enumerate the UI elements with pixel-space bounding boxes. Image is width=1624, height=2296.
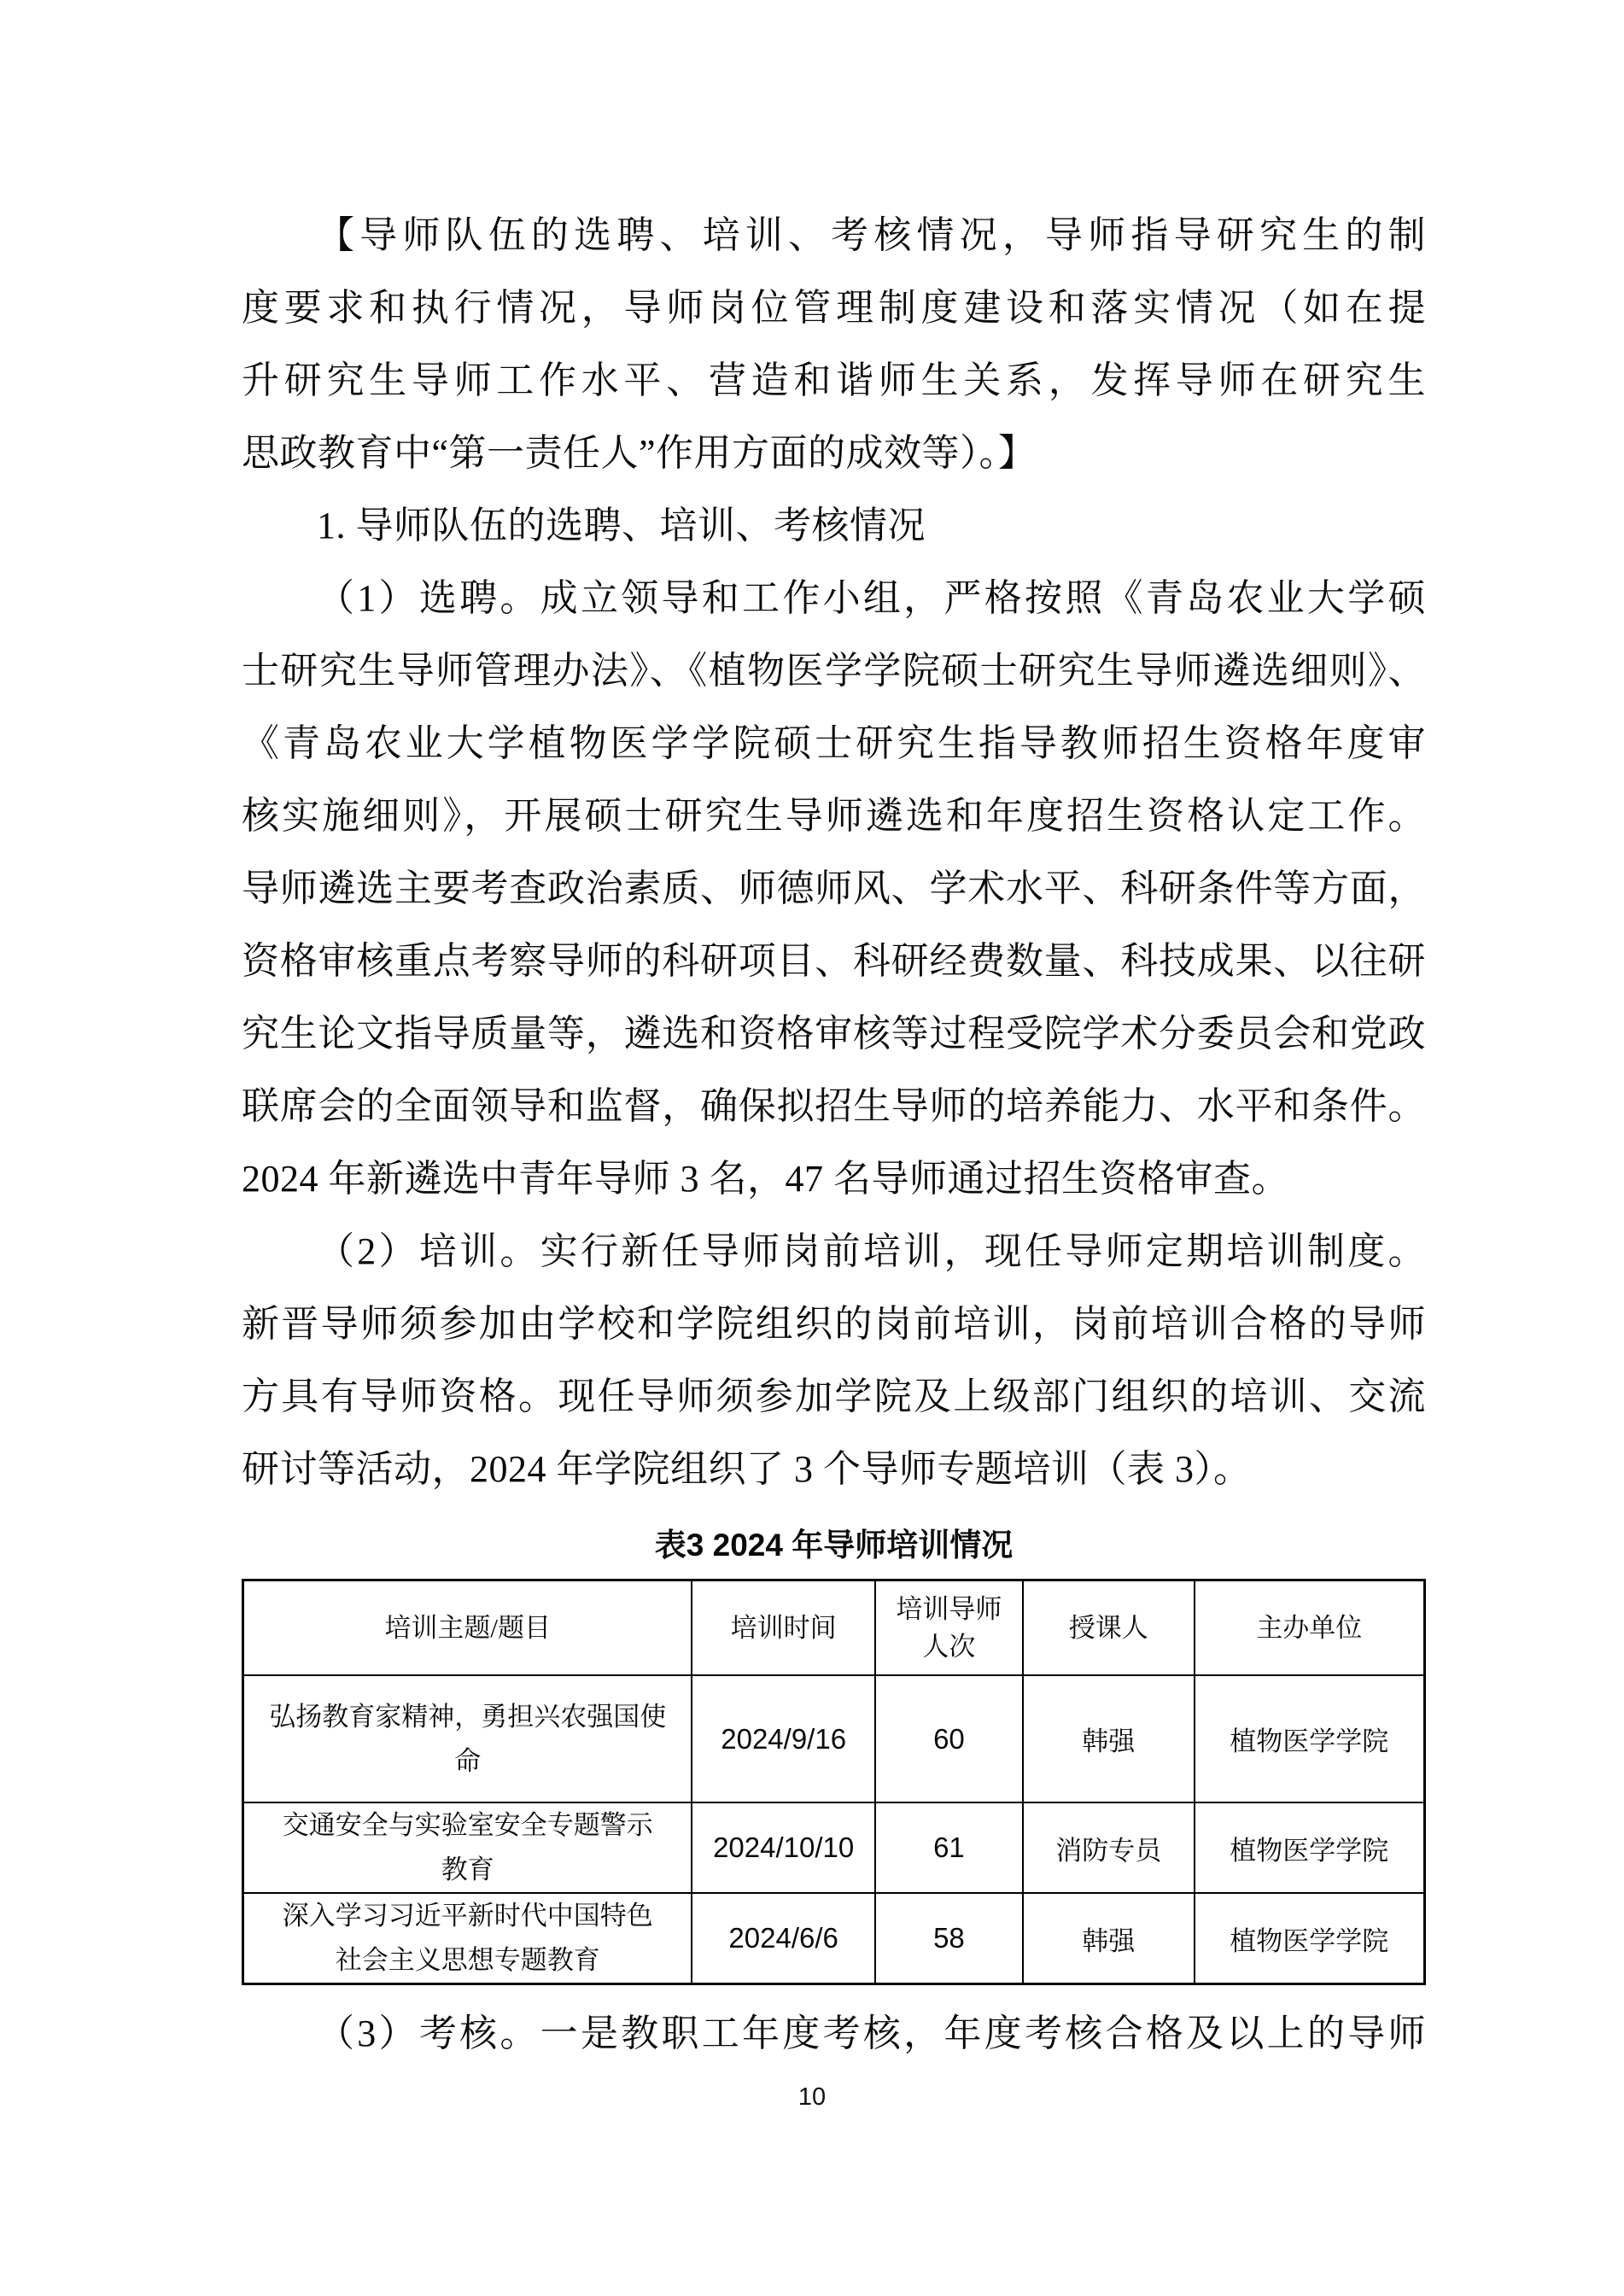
table-row: 深入学习习近平新时代中国特色社会主义思想专题教育2024/6/658韩强植物医学… xyxy=(243,1893,1425,1984)
text-line: （1）选聘。成立领导和工作小组，严格按照《青岛农业大学硕 xyxy=(242,562,1426,634)
cell-training-topic: 深入学习习近平新时代中国特色社会主义思想专题教育 xyxy=(243,1893,692,1984)
text-line: 2024 年新遴选中青年导师 3 名，47 名导师通过招生资格审查。 xyxy=(242,1142,1426,1215)
cell-trainee-count: 58 xyxy=(875,1893,1023,1984)
text-line: 士研究生导师管理办法》、《植物医学学院硕士研究生导师遴选细则》、 xyxy=(242,634,1426,707)
column-header: 培训导师 人次 xyxy=(875,1580,1023,1676)
document-body: 【导师队伍的选聘、培训、考核情况，导师指导研究生的制度要求和执行情况，导师岗位管… xyxy=(242,199,1426,2070)
cell-training-topic: 弘扬教育家精神，勇担兴农强国使命 xyxy=(243,1675,692,1802)
cell-line: 深入学习习近平新时代中国特色 xyxy=(263,1894,672,1938)
text-line: 导师遴选主要考查政治素质、师德师风、学术水平、科研条件等方面， xyxy=(242,852,1426,925)
table-caption: 表3 2024 年导师培训情况 xyxy=(242,1521,1426,1570)
document-page: 【导师队伍的选聘、培训、考核情况，导师指导研究生的制度要求和执行情况，导师岗位管… xyxy=(0,0,1624,2296)
cell-organizer: 植物医学学院 xyxy=(1195,1675,1425,1802)
column-header: 培训时间 xyxy=(692,1580,875,1676)
text-line: 新晋导师须参加由学校和学院组织的岗前培训，岗前培训合格的导师 xyxy=(242,1288,1426,1360)
cell-line: 社会主义思想专题教育 xyxy=(263,1938,672,1983)
text-line: 联席会的全面领导和监督，确保拟招生导师的培养能力、水平和条件。 xyxy=(242,1070,1426,1142)
cell-training-topic: 交通安全与实验室安全专题警示教育 xyxy=(243,1802,692,1893)
text-line: 方具有导师资格。现任导师须参加学院及上级部门组织的培训、交流 xyxy=(242,1360,1426,1433)
body-paragraphs: 【导师队伍的选聘、培训、考核情况，导师指导研究生的制度要求和执行情况，导师岗位管… xyxy=(242,199,1426,1505)
selection-paragraph: （1）选聘。成立领导和工作小组，严格按照《青岛农业大学硕士研究生导师管理办法》、… xyxy=(242,562,1426,1215)
cell-training-date: 2024/6/6 xyxy=(692,1893,875,1984)
text-line: 《青岛农业大学植物医学学院硕士研究生指导教师招生资格年度审 xyxy=(242,707,1426,780)
cell-training-date: 2024/10/10 xyxy=(692,1802,875,1893)
table-header-row: 培训主题/题目培训时间培训导师 人次授课人主办单位 xyxy=(243,1580,1425,1676)
cell-trainee-count: 60 xyxy=(875,1675,1023,1802)
text-line: 1. 导师队伍的选聘、培训、考核情况 xyxy=(242,489,1426,562)
cell-lecturer: 消防专员 xyxy=(1023,1802,1195,1893)
text-line: 升研究生导师工作水平、营造和谐师生关系，发挥导师在研究生 xyxy=(242,344,1426,417)
text-line: 研讨等活动，2024 年学院组织了 3 个导师专题培训（表 3）。 xyxy=(242,1433,1426,1505)
text-line: 度要求和执行情况，导师岗位管理制度建设和落实情况（如在提 xyxy=(242,272,1426,344)
closing-paragraph: （3）考核。一是教职工年度考核，年度考核合格及以上的导师 xyxy=(242,1997,1426,2070)
cell-lecturer: 韩强 xyxy=(1023,1675,1195,1802)
text-line: 究生论文指导质量等，遴选和资格审核等过程受院学术分委员会和党政 xyxy=(242,997,1426,1070)
text-line: 思政教育中“第一责任人”作用方面的成效等）。】 xyxy=(242,417,1426,489)
intro-bracket-paragraph: 【导师队伍的选聘、培训、考核情况，导师指导研究生的制度要求和执行情况，导师岗位管… xyxy=(242,199,1426,489)
text-line: 核实施细则》，开展硕士研究生导师遴选和年度招生资格认定工作。 xyxy=(242,780,1426,852)
cell-line: 交通安全与实验室安全专题警示 xyxy=(263,1803,672,1848)
text-line: （3）考核。一是教职工年度考核，年度考核合格及以上的导师 xyxy=(242,1997,1426,2070)
cell-training-date: 2024/9/16 xyxy=(692,1675,875,1802)
cell-lecturer: 韩强 xyxy=(1023,1893,1195,1984)
column-header: 主办单位 xyxy=(1195,1580,1425,1676)
cell-line: 弘扬教育家精神，勇担兴农强国使命 xyxy=(263,1695,672,1784)
training-paragraph: （2）培训。实行新任导师岗前培训，现任导师定期培训制度。新晋导师须参加由学校和学… xyxy=(242,1215,1426,1505)
text-line: 资格审核重点考察导师的科研项目、科研经费数量、科技成果、以往研 xyxy=(242,925,1426,997)
cell-organizer: 植物医学学院 xyxy=(1195,1893,1425,1984)
text-line: （2）培训。实行新任导师岗前培训，现任导师定期培训制度。 xyxy=(242,1215,1426,1288)
column-header: 培训主题/题目 xyxy=(243,1580,692,1676)
cell-organizer: 植物医学学院 xyxy=(1195,1802,1425,1893)
page-number: 10 xyxy=(0,2083,1624,2112)
section-heading: 1. 导师队伍的选聘、培训、考核情况 xyxy=(242,489,1426,562)
table-row: 交通安全与实验室安全专题警示教育2024/10/1061消防专员植物医学学院 xyxy=(243,1802,1425,1893)
cell-line: 教育 xyxy=(263,1848,672,1892)
text-line: 【导师队伍的选聘、培训、考核情况，导师指导研究生的制 xyxy=(242,199,1426,272)
table-row: 弘扬教育家精神，勇担兴农强国使命2024/9/1660韩强植物医学学院 xyxy=(243,1675,1425,1802)
training-table: 培训主题/题目培训时间培训导师 人次授课人主办单位 弘扬教育家精神，勇担兴农强国… xyxy=(242,1579,1426,1985)
cell-trainee-count: 61 xyxy=(875,1802,1023,1893)
column-header: 授课人 xyxy=(1023,1580,1195,1676)
